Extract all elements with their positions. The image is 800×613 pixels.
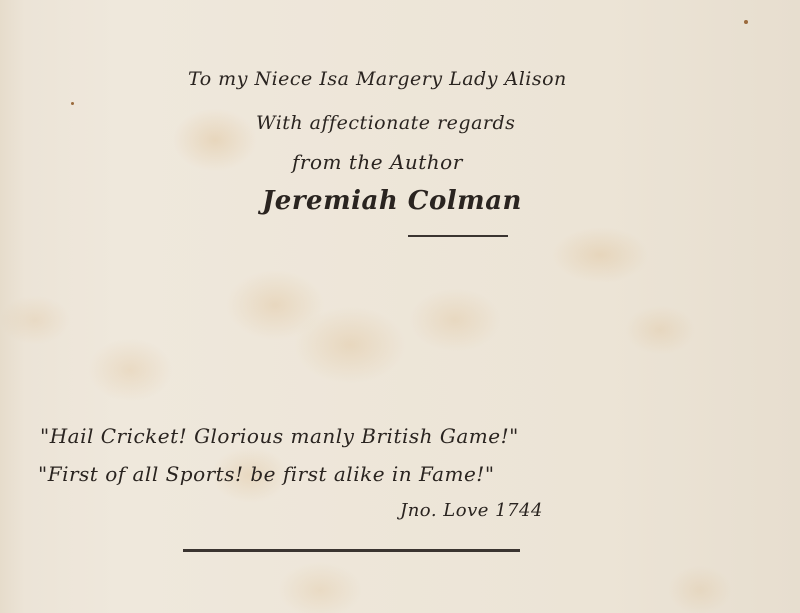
author-signature: Jeremiah Colman	[262, 186, 522, 216]
divider-short	[408, 235, 508, 237]
quote-line-1: "Hail Cricket! Glorious manly British Ga…	[40, 424, 519, 448]
inscription-line-3: from the Author	[292, 150, 463, 174]
divider-long	[183, 549, 520, 552]
quote-attribution: Jno. Love 1744	[400, 500, 543, 521]
quote-line-2: "First of all Sports! be first alike in …	[38, 462, 495, 486]
ink-spot	[744, 20, 748, 24]
ink-spot	[71, 102, 74, 105]
book-page: To my Niece Isa Margery Lady Alison With…	[0, 0, 800, 613]
inscription-line-2: With affectionate regards	[256, 112, 515, 134]
inscription-line-1: To my Niece Isa Margery Lady Alison	[188, 68, 567, 90]
